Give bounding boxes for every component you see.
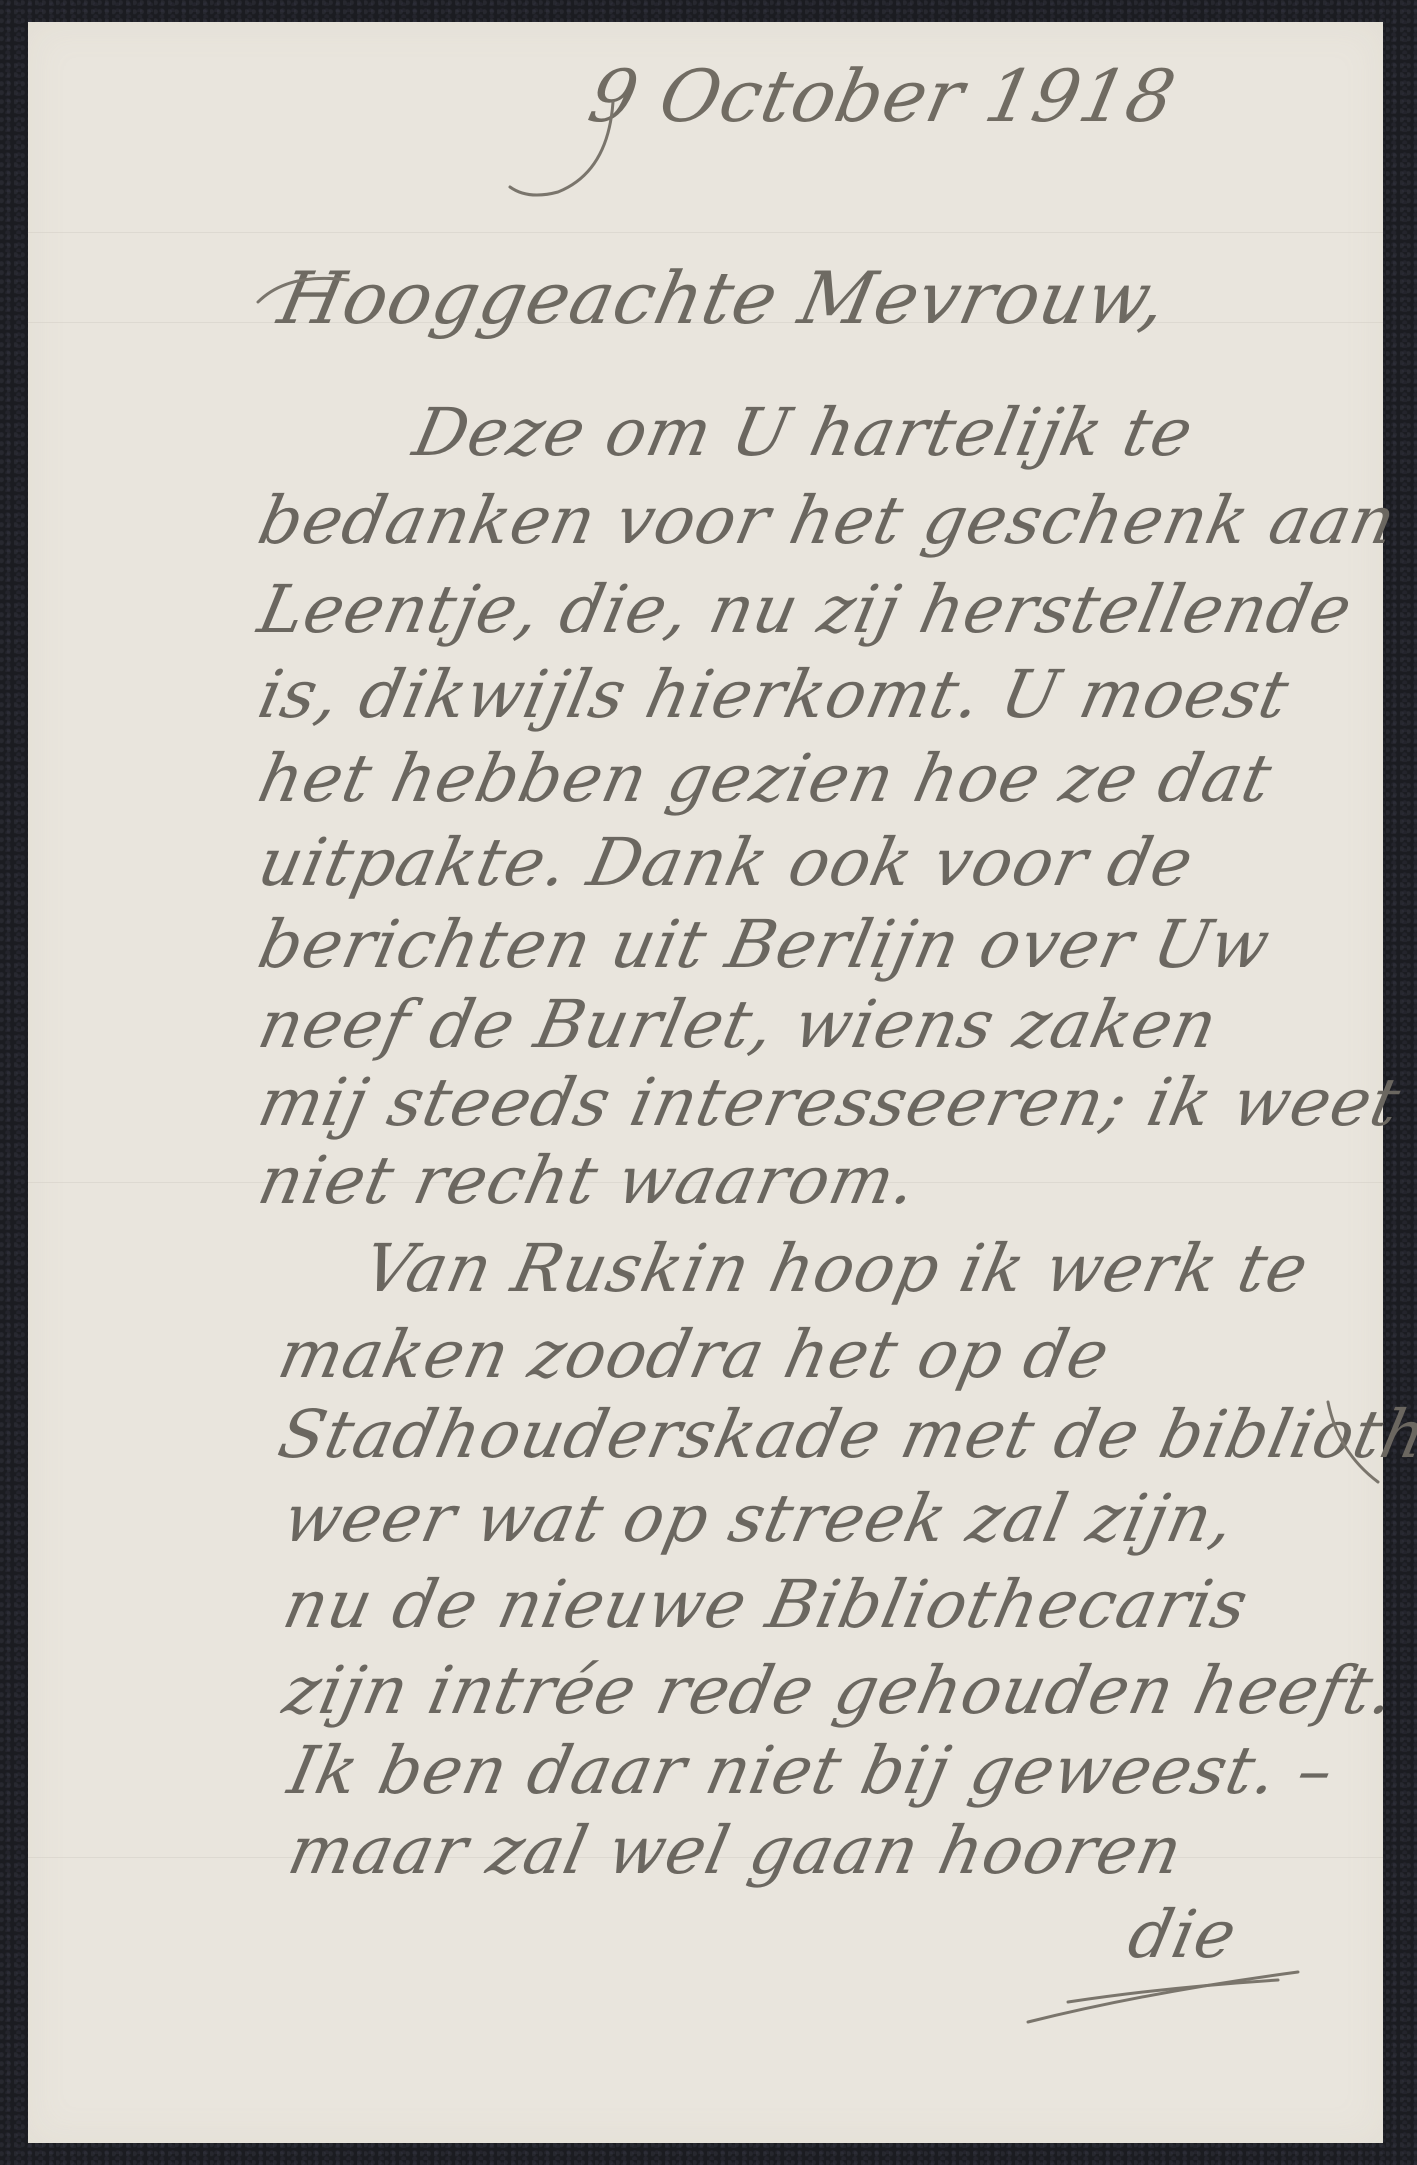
catchword: die (1123, 1902, 1242, 1968)
letter-body-line: nu de nieuwe Bibliothecaris (278, 1572, 1254, 1638)
letter-body-line: is, dikwijls hierkomt. U moest (253, 662, 1295, 728)
letter-body-line: maken zoodra het op de (273, 1322, 1115, 1388)
letter-body-line: Ik ben daar niet bij geweest. – (283, 1738, 1340, 1804)
letter-body-line: zijn intrée rede gehouden heeft. (278, 1658, 1401, 1724)
letter-date: 9 October 1918 (583, 60, 1182, 132)
letter-body-line: Van Ruskin hoop ik werk te (358, 1236, 1314, 1302)
letter-body-line: Deze om U hartelijk te (408, 400, 1199, 466)
letter-page: 9 October 1918 Hooggeachte Mevrouw, Deze… (28, 22, 1383, 2143)
letter-body-line: neef de Burlet, wiens zaken (253, 992, 1223, 1058)
letter-body-line: mij steeds interesseeren; ik weet (253, 1070, 1406, 1136)
letter-body-line: niet recht waarom. (253, 1148, 923, 1214)
letter-body-line: Leentje, die, nu zij herstellende (253, 577, 1358, 643)
letter-body-line: het hebben gezien hoe ze dat (253, 746, 1278, 812)
letter-body-line: bedanken voor het geschenk aan (253, 488, 1402, 554)
letter-body-line: Stadhouderskade met de bibliotheek (273, 1402, 1417, 1468)
catchword-underline-stroke (1008, 1962, 1328, 2042)
letter-body-line: berichten uit Berlijn over Uw (253, 912, 1276, 978)
letter-body-line: maar zal wel gaan hooren (283, 1818, 1188, 1884)
letter-body-line: uitpakte. Dank ook voor de (253, 830, 1199, 896)
ruled-line (28, 232, 1383, 233)
letter-salutation: Hooggeachte Mevrouw, (273, 262, 1174, 334)
letter-body-line: weer wat op streek zal zijn, (278, 1486, 1241, 1552)
